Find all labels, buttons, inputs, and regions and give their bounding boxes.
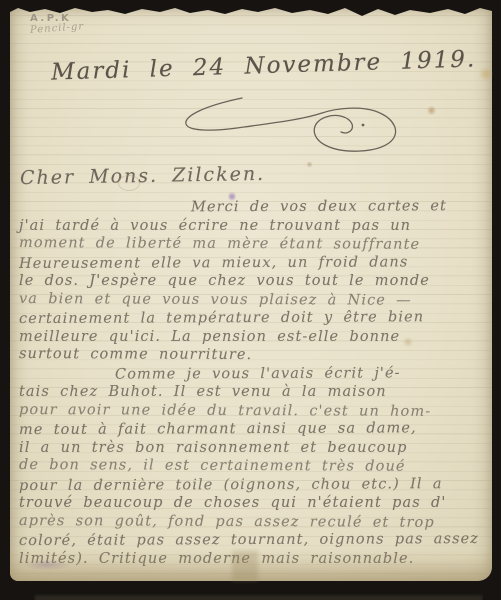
letter-line: certainement la température doit y être … [19,308,485,329]
letter-line: tais chez Buhot. Il est venu à la maison [19,383,485,402]
letter-line: le dos. J'espère que chez vous tout le m… [19,272,485,291]
letter-line: me tout à fait charmant ainsi que sa dam… [19,419,485,440]
salutation: Cher Mons. Zilcken. [20,163,265,189]
letter-line: moment de liberté ma mère étant souffran… [19,234,485,255]
letter-line: Heureusement elle va mieux, un froid dan… [19,252,485,273]
tape-residue-mark [232,551,258,581]
letter-line: meilleure qu'ici. La pension est-elle bo… [19,328,485,347]
letter-line: après son goût, fond pas assez reculé et… [19,511,485,532]
letter-body: Merci de vos deux cartes etj'ai tardé à … [19,198,485,568]
letter-line: pour la dernière toile (oignons, chou et… [19,474,485,495]
foxing-stain [478,67,494,81]
letter-line: pour avoir une idée du travail. c'est un… [19,400,485,421]
letter-line: Merci de vos deux cartes et [19,197,485,218]
letter-line: de bon sens, il est certainement très do… [19,456,485,477]
letter-line: va bien et que vous vous plaisez à Nice … [19,289,485,310]
letter-line: il a un très bon raisonnement et beaucou… [19,439,485,458]
letter-paper: A.P.K Pencil-gr Mardi le 24 Novembre 191… [10,7,492,581]
adjacent-page-edge [34,593,483,600]
scan-background: { "scan": { "archive_mark_line1": "A.P.K… [0,0,501,600]
archive-mark-note: Pencil-gr [30,21,85,36]
foxing-stain [427,105,436,116]
archive-mark: A.P.K Pencil-gr [30,13,84,34]
letter-line: j'ai tardé à vous écrire ne trouvant pas… [19,217,485,236]
date-line: Mardi le 24 Novembre 1919. [50,46,476,85]
letter-line: Comme je vous l'avais écrit j'é- [19,363,485,384]
letter-line: trouvé beaucoup de choses qui n'étaient … [19,494,485,513]
letter-line: surtout comme nourriture. [19,345,485,366]
flourish-swirl [182,97,422,163]
